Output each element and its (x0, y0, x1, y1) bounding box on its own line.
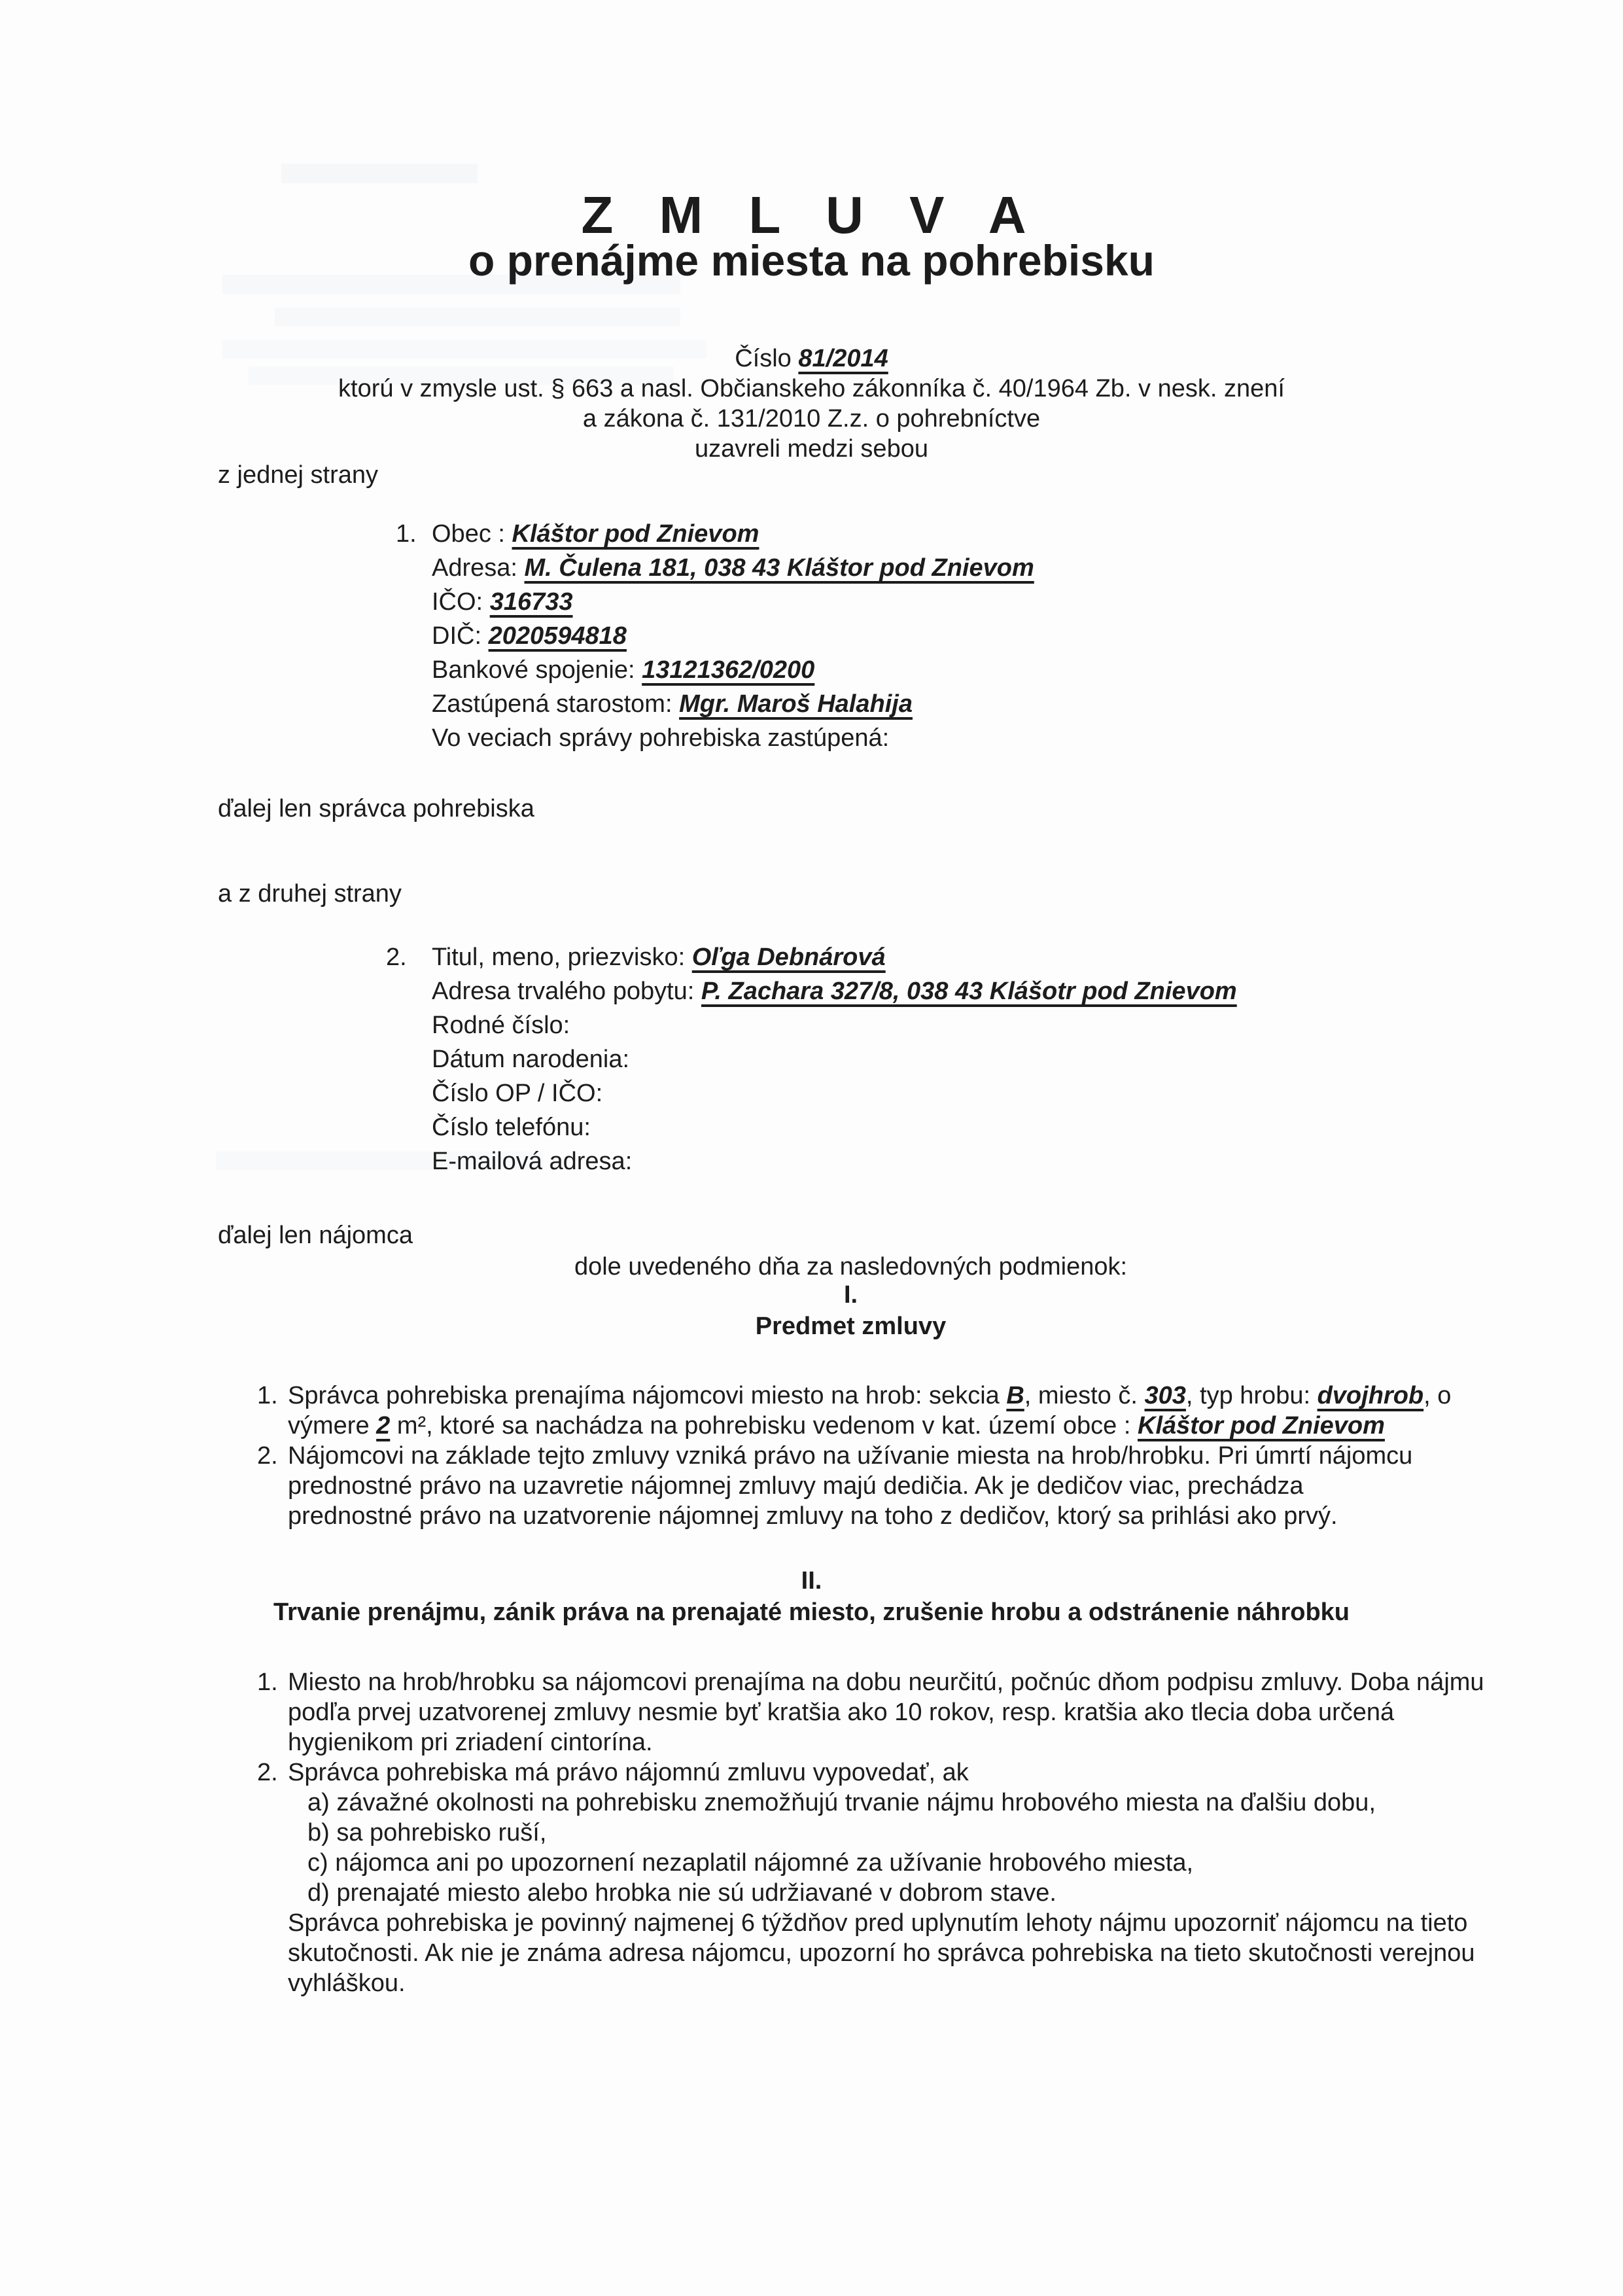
clause-text: Správca pohrebiska má právo nájomnú zmlu… (288, 1757, 1376, 1908)
party-number: 2. (386, 940, 432, 974)
document-subtitle: o prenájme miesta na pohrebisku (0, 236, 1623, 285)
conditions-intro: dole uvedeného dňa za nasledovných podmi… (0, 1250, 1623, 1284)
field-value-name: Oľga Debnárová (692, 940, 886, 974)
field-label-id-number: Číslo OP / IČO: (432, 1076, 602, 1110)
field-label: Adresa trvalého pobytu: (432, 974, 694, 1008)
party-field-row: Rodné číslo: (386, 1008, 1237, 1042)
termination-reason-b: b) sa pohrebisko ruší, (288, 1818, 1376, 1848)
party-field-row: Dátum narodenia: (386, 1042, 1237, 1076)
section-2-numeral: II. (0, 1567, 1623, 1595)
field-label: Zastúpená starostom: (432, 687, 672, 721)
cadastral-municipality-value: Kláštor pod Znievom (1138, 1412, 1385, 1439)
field-label-birth-number: Rodné číslo: (432, 1008, 570, 1042)
section-2-heading: Trvanie prenájmu, zánik práva na prenaja… (0, 1598, 1623, 1627)
field-value-municipality: Kláštor pod Znievom (512, 517, 759, 551)
party-field-row: Vo veciach správy pohrebiska zastúpená: (396, 721, 1034, 755)
party-field-row: Zastúpená starostom: Mgr. Maroš Halahija (396, 687, 1034, 721)
area-value: 2 (376, 1412, 390, 1439)
clause-number: 2. (257, 1757, 288, 1908)
party-number: 1. (396, 517, 432, 551)
field-value-mayor: Mgr. Maroš Halahija (679, 687, 913, 721)
grave-type-value: dvojhrob (1318, 1382, 1424, 1409)
field-value-dic: 2020594818 (489, 619, 627, 653)
field-label: Vo veciach správy pohrebiska zastúpená: (432, 721, 889, 755)
section-2-clauses: 1. Miesto na hrob/hrobku sa nájomcovi pr… (257, 1667, 1539, 1998)
bleed-through-text (275, 308, 680, 326)
legal-basis-line-1: ktorú v zmysle ust. § 663 a nasl. Občian… (0, 372, 1623, 406)
clause-intro: Správca pohrebiska má právo nájomnú zmlu… (288, 1759, 969, 1786)
field-label: Titul, meno, priezvisko: (432, 940, 685, 974)
section-1-heading: Predmet zmluvy (0, 1313, 1623, 1341)
bleed-through-text (281, 164, 478, 183)
clause-text: Miesto na hrob/hrobku sa nájomcovi prena… (288, 1667, 1539, 1757)
contract-number-value: 81/2014 (798, 345, 888, 372)
first-party-role: ďalej len správca pohrebiska (218, 792, 534, 826)
second-party-role: ďalej len nájomca (218, 1218, 413, 1252)
first-party-intro: z jednej strany (218, 458, 378, 492)
party-field-row: DIČ: 2020594818 (396, 619, 1034, 653)
section-value: B (1006, 1382, 1024, 1409)
field-label-email: E-mailová adresa: (432, 1144, 632, 1178)
field-value-permanent-address: P. Zachara 327/8, 038 43 Klášotr pod Zni… (701, 974, 1237, 1008)
party-field-row: Číslo telefónu: (386, 1110, 1237, 1144)
termination-reason-c: c) nájomca ani po upozornení nezaplatil … (288, 1848, 1376, 1878)
party-field-row: Adresa: M. Čulena 181, 038 43 Kláštor po… (396, 551, 1034, 585)
clause-item: 1. Miesto na hrob/hrobku sa nájomcovi pr… (257, 1667, 1539, 1757)
clause-number: 1. (257, 1667, 288, 1757)
party-field-row: Adresa trvalého pobytu: P. Zachara 327/8… (386, 974, 1237, 1008)
party-field-row: Číslo OP / IČO: (386, 1076, 1237, 1110)
field-label: Adresa: (432, 551, 517, 585)
clause-note: Správca pohrebiska je povinný najmenej 6… (257, 1908, 1539, 1998)
field-value-address: M. Čulena 181, 038 43 Kláštor pod Znievo… (525, 551, 1034, 585)
field-value-bank-account: 13121362/0200 (642, 653, 814, 687)
field-label: Bankové spojenie: (432, 653, 635, 687)
clause-item: 1. Správca pohrebiska prenajíma nájomcov… (257, 1381, 1539, 1441)
field-label: IČO: (432, 585, 483, 619)
clause-text: Nájomcovi na základe tejto zmluvy vzniká… (288, 1441, 1539, 1531)
party-field-row: Bankové spojenie: 13121362/0200 (396, 653, 1034, 687)
clause-number: 1. (257, 1381, 288, 1441)
field-label-phone: Číslo telefónu: (432, 1110, 591, 1144)
clause-text: Správca pohrebiska prenajíma nájomcovi m… (288, 1381, 1539, 1441)
contract-page: Z M L U V A o prenájme miesta na pohrebi… (0, 0, 1623, 2296)
clause-item: 2. Správca pohrebiska má právo nájomnú z… (257, 1757, 1539, 1908)
plot-number-value: 303 (1145, 1382, 1186, 1409)
party-field-row: 2. Titul, meno, priezvisko: Oľga Debnáro… (386, 940, 1237, 974)
clause-item: 2. Nájomcovi na základe tejto zmluvy vzn… (257, 1441, 1539, 1531)
clause-number: 2. (257, 1441, 288, 1531)
party-field-row: 1. Obec : Kláštor pod Znievom (396, 517, 1034, 551)
legal-basis-line-2: a zákona č. 131/2010 Z.z. o pohrebníctve (0, 402, 1623, 436)
field-label: Obec : (432, 517, 505, 551)
field-value-ico: 316733 (490, 585, 573, 619)
notice-obligation-text: Správca pohrebiska je povinný najmenej 6… (257, 1908, 1539, 1998)
section-1-clauses: 1. Správca pohrebiska prenajíma nájomcov… (257, 1381, 1539, 1531)
party-field-row: E-mailová adresa: (386, 1144, 1237, 1178)
contract-number-label: Číslo (735, 345, 792, 372)
termination-reason-d: d) prenajaté miesto alebo hrobka nie sú … (288, 1878, 1376, 1908)
party-field-row: IČO: 316733 (396, 585, 1034, 619)
contract-number-line: Číslo 81/2014 (0, 342, 1623, 376)
section-1-numeral: I. (0, 1281, 1623, 1309)
field-label-birth-date: Dátum narodenia: (432, 1042, 629, 1076)
first-party-block: 1. Obec : Kláštor pod Znievom Adresa: M.… (396, 517, 1034, 755)
field-label: DIČ: (432, 619, 481, 653)
second-party-intro: a z druhej strany (218, 877, 402, 911)
second-party-block: 2. Titul, meno, priezvisko: Oľga Debnáro… (386, 940, 1237, 1178)
termination-reason-a: a) závažné okolnosti na pohrebisku znemo… (288, 1788, 1376, 1818)
